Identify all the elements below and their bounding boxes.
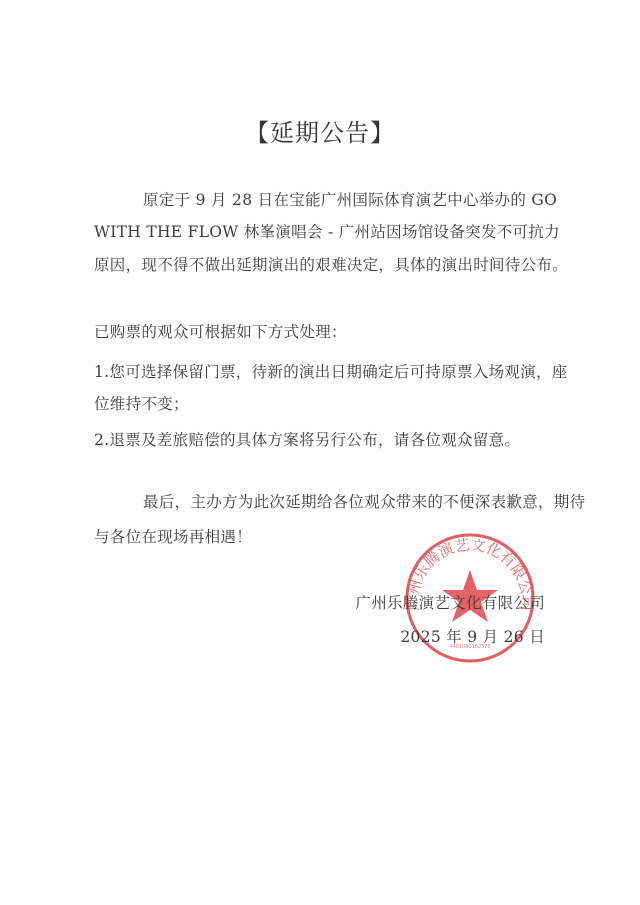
document-page: 【延期公告】 原定于 9 月 28 日在宝能广州国际体育演艺中心举办的 GO W… [0,0,640,905]
paragraph3-line1: 最后，主办方为此次延期给各位观众带来的不便深表歉意，期待 [143,490,585,512]
paragraph2-item1-line2: 位维持不变； [94,392,189,414]
paragraph2-item1-line1: 1.您可选择保留门票，待新的演出日期确定后可持原票入场观演，座 [94,360,568,382]
notice-title: 【延期公告】 [0,113,640,148]
paragraph1-line2: WITH THE FLOW 林峯演唱会 - 广州站因场馆设备突发不可抗力 [94,220,560,242]
signature-date: 2025 年 9 月 26 日 [400,625,545,647]
paragraph1-line1: 原定于 9 月 28 日在宝能广州国际体育演艺中心举办的 GO [143,188,557,210]
paragraph1-line3: 原因，现不得不做出延期演出的艰难决定，具体的演出时间待公布。 [94,253,568,275]
signature-company: 广州乐腾演艺文化有限公司 [355,591,545,613]
paragraph2-intro: 已购票的观众可根据如下方式处理： [94,320,347,342]
paragraph3-line2: 与各位在现场再相遇！ [94,525,252,547]
paragraph2-item2: 2.退票及差旅赔偿的具体方案将另行公布，请各位观众留意。 [94,428,520,450]
